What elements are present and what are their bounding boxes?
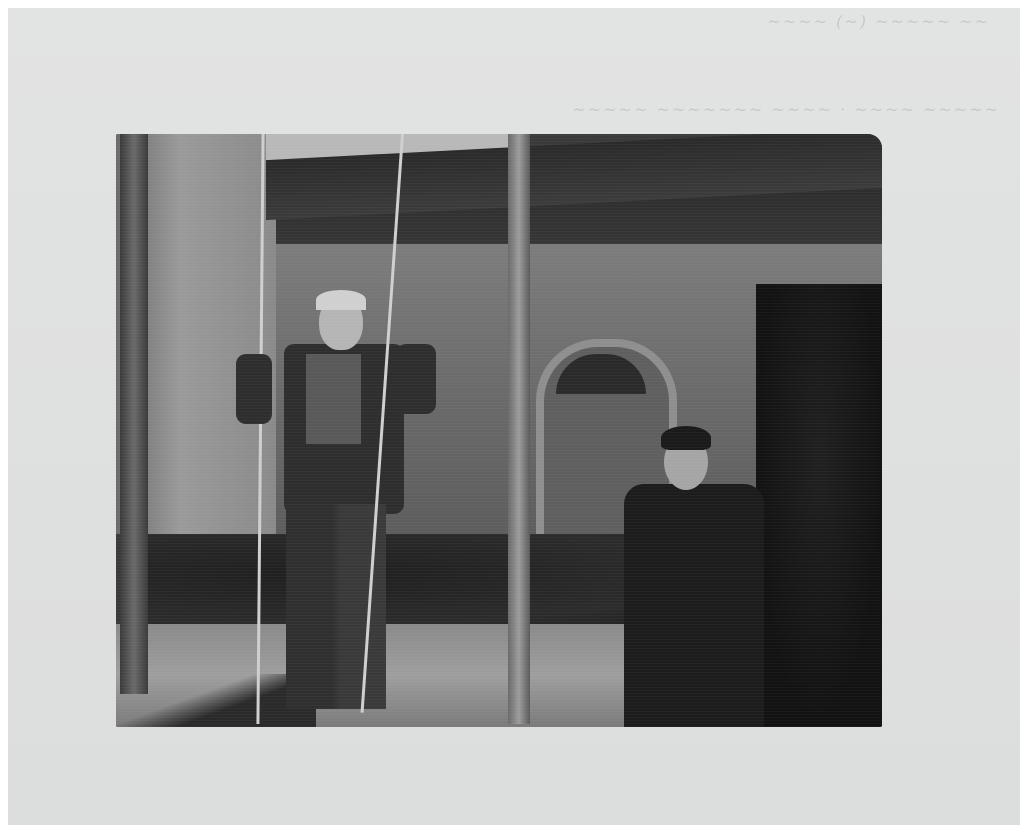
boy-hair [661, 426, 711, 450]
man-trousers [286, 504, 386, 709]
boy-body [624, 484, 764, 727]
faint-handwriting-caption: ~~~~~ ~~~~~~~ ~~~~ · ~~~~ ~~~~~ [572, 100, 1000, 119]
man-hair [316, 290, 366, 310]
faint-handwriting-top: ~~~~ (~) ~~~~~ ~~ [767, 12, 990, 31]
photograph [116, 134, 882, 727]
tree-trunk [120, 134, 148, 694]
man-vest [306, 354, 361, 444]
wooden-pole [508, 134, 530, 724]
tree [756, 284, 882, 727]
man-left-arm [236, 354, 272, 424]
